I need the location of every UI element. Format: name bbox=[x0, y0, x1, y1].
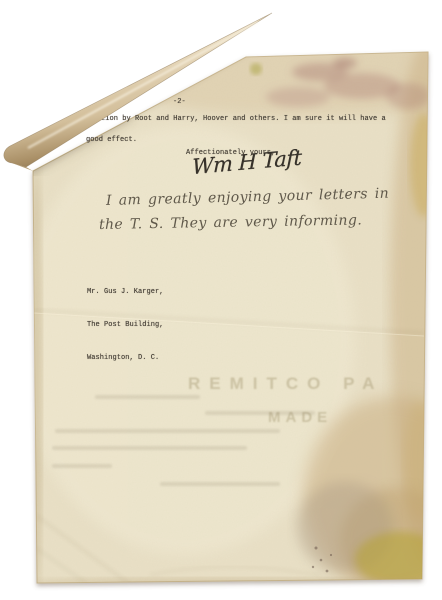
postscript-line-2: the T. S. They are very informing. bbox=[99, 212, 362, 233]
paper-watermark-line-1: REMITCO PA bbox=[188, 374, 383, 394]
postscript-line-1: I am greatly enjoying your letters in bbox=[106, 186, 389, 209]
recipient-name: Mr. Gus J. Karger, bbox=[87, 287, 164, 298]
recipient-city: Washington, D. C. bbox=[87, 353, 164, 364]
recipient-address: Mr. Gus J. Karger, The Post Building, Wa… bbox=[87, 265, 164, 386]
body-line-1: tion by Root and Harry, Hoover and other… bbox=[101, 115, 386, 123]
recipient-building: The Post Building, bbox=[87, 320, 164, 331]
page-number: -2- bbox=[173, 98, 186, 106]
letter-photo: -2- tion by Root and Harry, Hoover and o… bbox=[0, 0, 442, 600]
body-line-2: good effect. bbox=[86, 136, 137, 144]
